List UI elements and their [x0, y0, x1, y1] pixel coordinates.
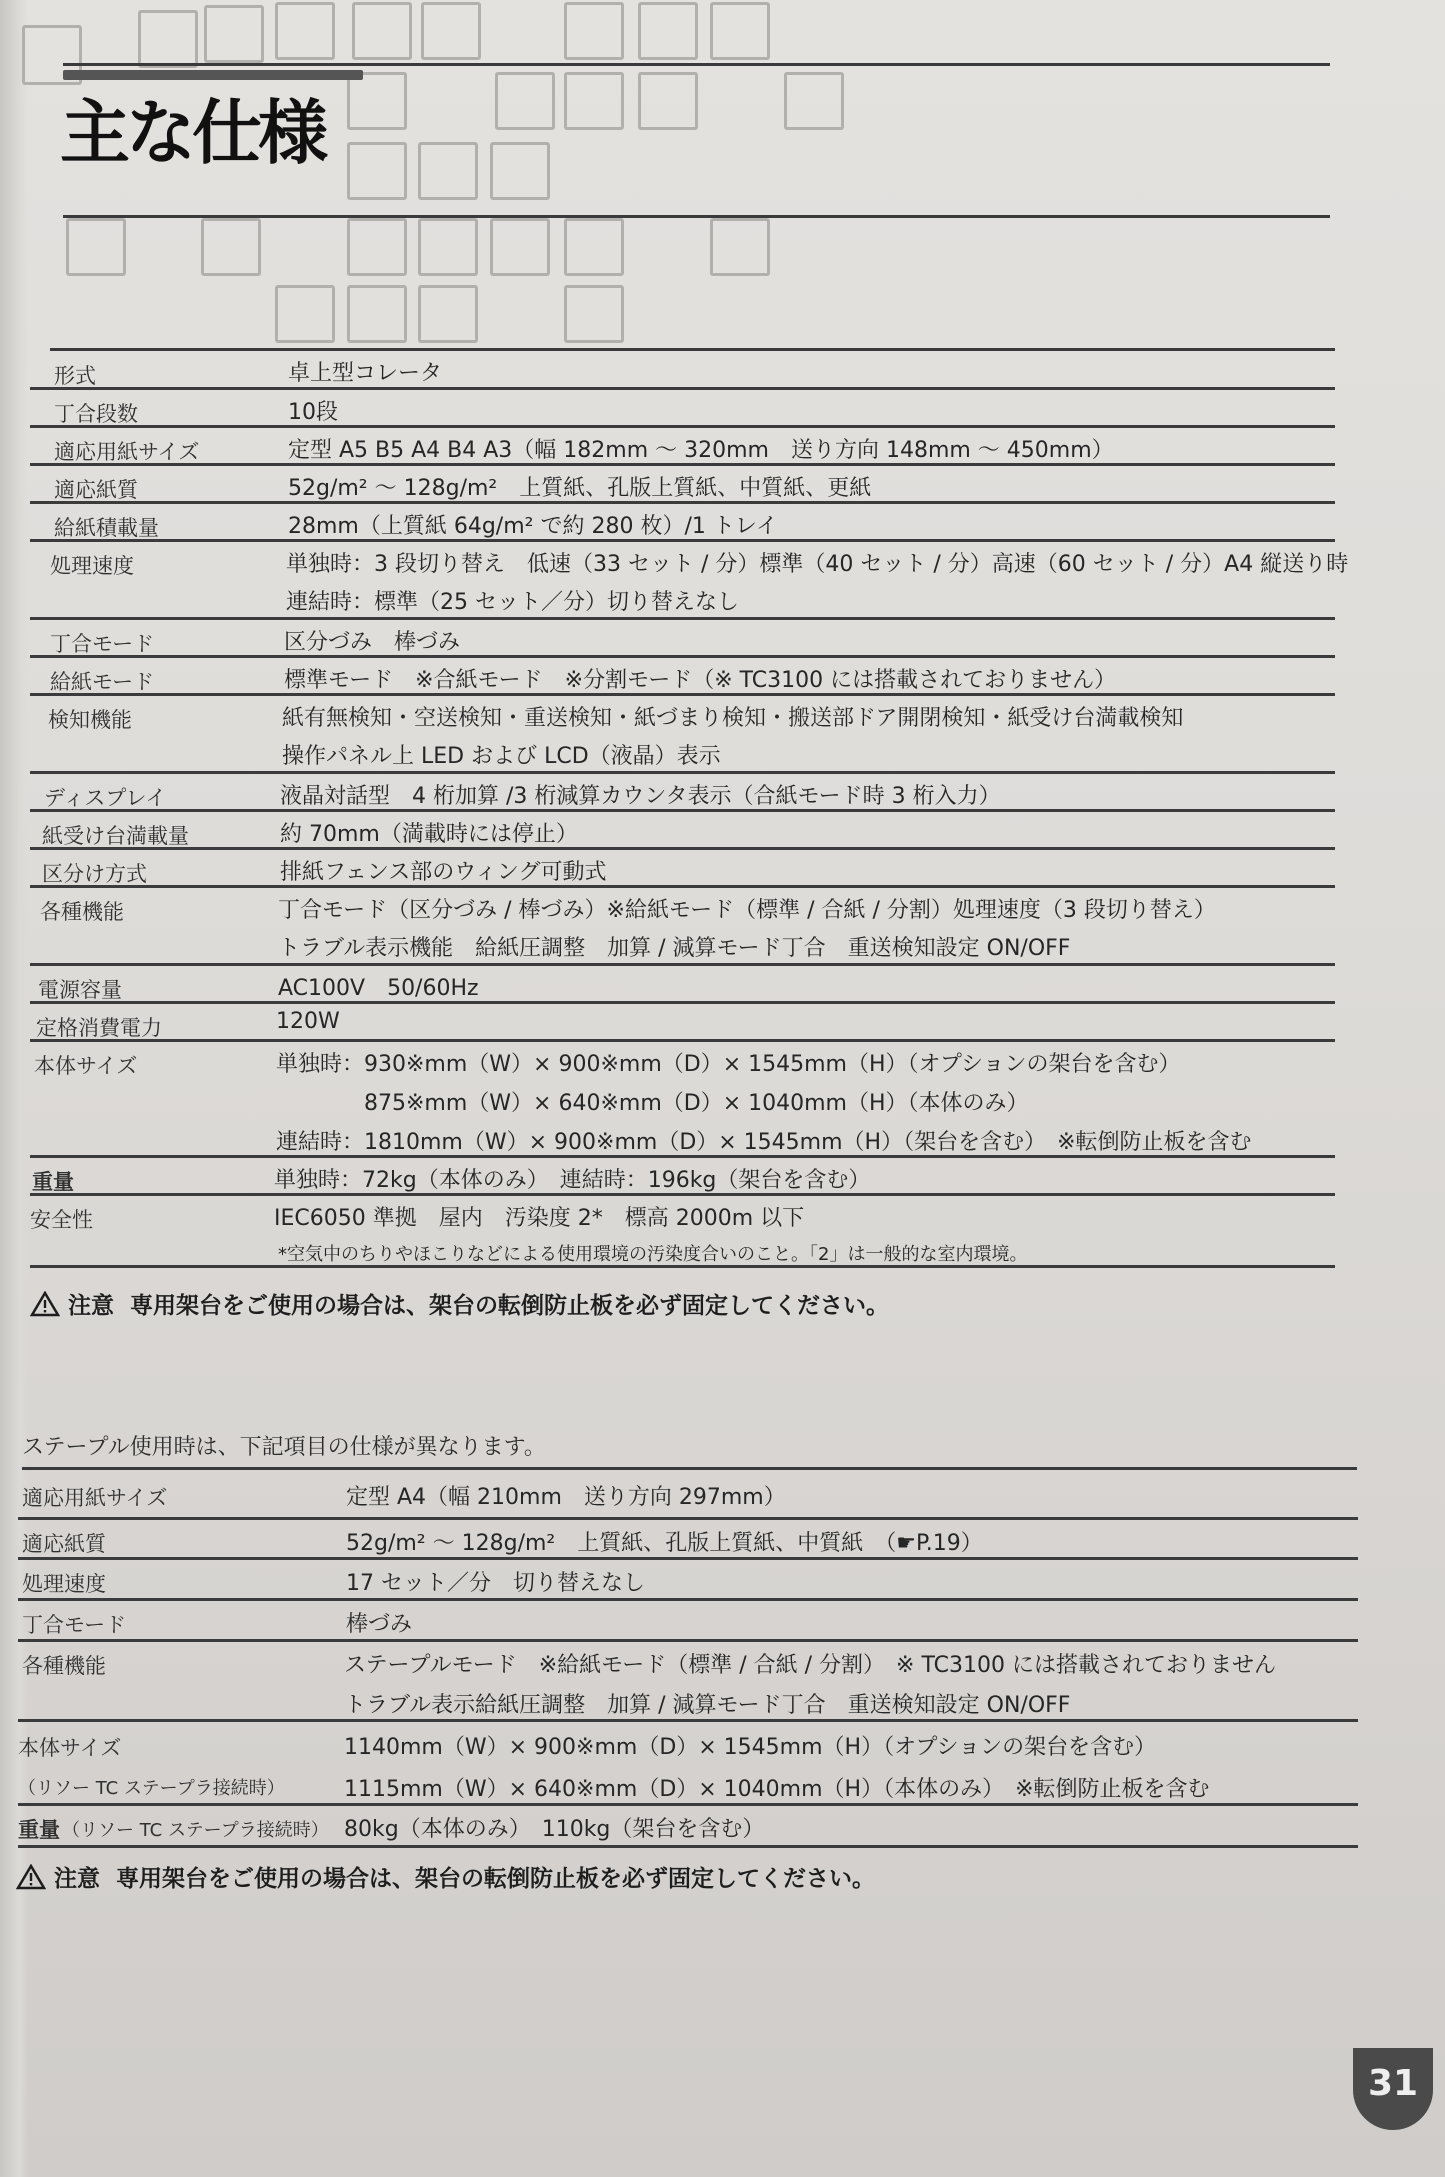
spec-value: 10段 [288, 395, 338, 426]
spec-row-type: 形式 卓上型コレータ [30, 350, 1335, 390]
spec-sublabel: （リソー TC ステープラ接続時） [18, 1774, 285, 1800]
spec-label: 給紙積載量 [54, 512, 159, 542]
spec-value: 区分づみ 棒づみ [284, 625, 460, 656]
spec-value: 丁合モード（区分づみ / 棒づみ）※給紙モード（標準 / 合紙 / 分割）処理速… [278, 893, 1216, 924]
spec-label: 給紙モード [50, 666, 154, 696]
spec-label: 本体サイズ [34, 1050, 137, 1080]
spec-row-detection: 検知機能 紙有無検知・空送検知・重送検知・紙づまり検知・搬送部ドア開閉検知・紙受… [30, 696, 1335, 774]
staple-row-paper-size: 適応用紙サイズ 定型 A4（幅 210mm 送り方向 297mm） [18, 1470, 1358, 1520]
spec-row-output-capacity: 紙受け台満載量 約 70mm（満載時には停止） [30, 812, 1335, 850]
spec-label: 処理速度 [50, 550, 134, 580]
spec-label: 適応紙質 [22, 1528, 106, 1558]
spec-value: トラブル表示給紙圧調整 加算 / 減算モード丁合 重送検知設定 ON/OFF [344, 1688, 1070, 1719]
staple-row-paper-type: 適応紙質 52g/m² ～ 128g/m² 上質紙、孔版上質紙、中質紙 （☛P.… [18, 1520, 1358, 1560]
spec-row-sorting-method: 区分け方式 排紙フェンス部のウィング可動式 [30, 850, 1335, 888]
spec-value: 連結時：1810mm（W）× 900※mm（D）× 1545mm（H）（架台を含… [276, 1125, 1252, 1156]
spec-sublabel: （リソー TC ステープラ接続時） [62, 1816, 329, 1842]
spec-label: 定格消費電力 [36, 1012, 162, 1042]
spec-value: 1115mm（W）× 640※mm（D）× 1040mm（H）（本体のみ） ※転… [344, 1772, 1210, 1803]
spec-label: 電源容量 [38, 974, 122, 1004]
page-number-badge: 31 [1353, 2048, 1433, 2130]
spec-label: 区分け方式 [42, 858, 147, 888]
caution-notice-main: 注意 専用架台をご使用の場合は、架台の転倒防止板を必ず固定してください。 [30, 1287, 889, 1323]
spec-value: 連結時：標準（25 セット／分）切り替えなし [286, 585, 739, 616]
caution-notice-staple: 注意 専用架台をご使用の場合は、架台の転倒防止板を必ず固定してください。 [16, 1860, 875, 1896]
spec-value: 液晶対話型 4 桁加算 /3 桁減算カウンタ表示（合紙モード時 3 桁入力） [280, 779, 1001, 810]
spec-label: 安全性 [30, 1204, 93, 1234]
spec-label: 紙受け台満載量 [42, 820, 189, 850]
spec-label: 処理速度 [22, 1568, 106, 1598]
spec-label: 各種機能 [40, 896, 124, 926]
spec-row-dimensions: 本体サイズ 単独時：930※mm（W）× 900※mm（D）× 1545mm（H… [30, 1042, 1335, 1158]
spec-value: 52g/m² ～ 128g/m² 上質紙、孔版上質紙、中質紙 （☛P.19） [346, 1526, 983, 1557]
spec-value: 定型 A5 B5 A4 B4 A3（幅 182mm ～ 320mm 送り方向 1… [288, 433, 1114, 464]
spec-value: 52g/m² ～ 128g/m² 上質紙、孔版上質紙、中質紙、更紙 [288, 471, 871, 502]
spec-row-power-consumption: 定格消費電力 120W [30, 1004, 1335, 1042]
caution-text: 専用架台をご使用の場合は、架台の転倒防止板を必ず固定してください。 [116, 1866, 875, 1892]
spec-label: 丁合モード [22, 1609, 126, 1639]
spec-value: 単独時：930※mm（W）× 900※mm（D）× 1545mm（H）（オプショ… [276, 1047, 1181, 1078]
spec-label: 重量 [32, 1166, 74, 1196]
spec-value: 棒づみ [346, 1607, 412, 1638]
title-accent-bar [63, 70, 363, 80]
decorative-grid [0, 0, 900, 360]
spec-label: 本体サイズ [18, 1732, 121, 1762]
spec-value: 定型 A4（幅 210mm 送り方向 297mm） [346, 1480, 786, 1511]
spec-value: 28mm（上質紙 64g/m² で約 280 枚）/1 トレイ [288, 509, 778, 540]
spec-row-feed-mode: 給紙モード 標準モード ※合紙モード ※分割モード（※ TC3100 には搭載さ… [30, 658, 1335, 696]
spec-label: 丁合モード [50, 628, 154, 658]
spec-value: 80kg（本体のみ） 110kg（架台を含む） [344, 1812, 764, 1843]
spec-value: 1140mm（W）× 900※mm（D）× 1545mm（H）（オプションの架台… [344, 1730, 1156, 1761]
spec-label: 重量 [18, 1814, 60, 1844]
caution-label: 注意 [68, 1293, 114, 1319]
spec-row-speed: 処理速度 単独時：3 段切り替え 低速（33 セット / 分）標準（40 セット… [30, 542, 1335, 620]
spec-row-safety: 安全性 IEC6050 準拠 屋内 汚染度 2* 標高 2000m 以下 *空気… [30, 1196, 1335, 1268]
spec-row-functions: 各種機能 丁合モード（区分づみ / 棒づみ）※給紙モード（標準 / 合紙 / 分… [30, 888, 1335, 966]
warning-triangle-icon [16, 1864, 46, 1896]
spec-value: 排紙フェンス部のウィング可動式 [280, 855, 606, 886]
spec-row-paper-type: 適応紙質 52g/m² ～ 128g/m² 上質紙、孔版上質紙、中質紙、更紙 [30, 466, 1335, 504]
spec-value: 120W [276, 1009, 340, 1034]
spec-row-feed-capacity: 給紙積載量 28mm（上質紙 64g/m² で約 280 枚）/1 トレイ [30, 504, 1335, 542]
spec-value: IEC6050 準拠 屋内 汚染度 2* 標高 2000m 以下 [274, 1201, 804, 1232]
title-rule-top [63, 63, 1330, 66]
spec-footnote: *空気中のちりやほこりなどによる使用環境の汚染度合いのこと。「2」は一般的な室内… [278, 1240, 1027, 1266]
spec-value: トラブル表示機能 給紙圧調整 加算 / 減算モード丁合 重送検知設定 ON/OF… [278, 931, 1070, 962]
spec-label: 適応紙質 [54, 474, 138, 504]
staple-row-functions: 各種機能 ステープルモード ※給紙モード（標準 / 合紙 / 分割） ※ TC3… [18, 1642, 1358, 1722]
spec-label: 丁合段数 [54, 398, 138, 428]
spec-label: 各種機能 [22, 1650, 106, 1680]
spec-label: 適応用紙サイズ [22, 1482, 167, 1512]
spec-row-power-supply: 電源容量 AC100V 50/60Hz [30, 966, 1335, 1004]
title-rule-bottom [63, 215, 1330, 218]
caution-label: 注意 [54, 1866, 100, 1892]
spec-row-weight: 重量 単独時：72kg（本体のみ） 連結時：196kg（架台を含む） [30, 1158, 1335, 1196]
staple-row-speed: 処理速度 17 セット／分 切り替えなし [18, 1560, 1358, 1601]
spec-value: 17 セット／分 切り替えなし [346, 1566, 645, 1597]
spec-label: 形式 [54, 360, 96, 390]
staple-row-weight: 重量 （リソー TC ステープラ接続時） 80kg（本体のみ） 110kg（架台… [18, 1806, 1358, 1848]
caution-text: 専用架台をご使用の場合は、架台の転倒防止板を必ず固定してください。 [130, 1293, 889, 1319]
spec-value: ステープルモード ※給紙モード（標準 / 合紙 / 分割） ※ TC3100 に… [344, 1648, 1276, 1679]
spec-value: 単独時：3 段切り替え 低速（33 セット / 分）標準（40 セット / 分）… [286, 547, 1348, 578]
spec-value: AC100V 50/60Hz [278, 971, 479, 1002]
spec-value: 標準モード ※合紙モード ※分割モード（※ TC3100 には搭載されておりませ… [284, 663, 1116, 694]
staple-spec-table: 適応用紙サイズ 定型 A4（幅 210mm 送り方向 297mm） 適応紙質 5… [18, 1470, 1358, 1848]
main-spec-table: 形式 卓上型コレータ 丁合段数 10段 適応用紙サイズ 定型 A5 B5 A4 … [30, 350, 1335, 1268]
spec-value: 操作パネル上 LED および LCD（液晶）表示 [282, 739, 721, 770]
spec-value: 卓上型コレータ [288, 356, 442, 387]
spec-label: ディスプレイ [44, 782, 166, 812]
staple-intro-text: ステープル使用時は、下記項目の仕様が異なります。 [22, 1430, 546, 1461]
spec-value: 単独時：72kg（本体のみ） 連結時：196kg（架台を含む） [274, 1163, 870, 1194]
spec-row-paper-size: 適応用紙サイズ 定型 A5 B5 A4 B4 A3（幅 182mm ～ 320m… [30, 428, 1335, 466]
spec-label: 適応用紙サイズ [54, 436, 199, 466]
spec-value: 875※mm（W）× 640※mm（D）× 1040mm（H）（本体のみ） [276, 1086, 1029, 1117]
warning-triangle-icon [30, 1291, 60, 1323]
staple-row-dimensions: 本体サイズ （リソー TC ステープラ接続時） 1140mm（W）× 900※m… [18, 1722, 1358, 1806]
page-title: 主な仕様 [60, 98, 324, 168]
spec-value: 約 70mm（満載時には停止） [280, 817, 578, 848]
spec-row-collate-mode: 丁合モード 区分づみ 棒づみ [30, 620, 1335, 658]
spec-row-bins: 丁合段数 10段 [30, 390, 1335, 428]
spec-value: 紙有無検知・空送検知・重送検知・紙づまり検知・搬送部ドア開閉検知・紙受け台満載検… [282, 701, 1183, 732]
spec-row-display: ディスプレイ 液晶対話型 4 桁加算 /3 桁減算カウンタ表示（合紙モード時 3… [30, 774, 1335, 812]
staple-row-collate-mode: 丁合モード 棒づみ [18, 1601, 1358, 1642]
spec-label: 検知機能 [48, 704, 132, 734]
